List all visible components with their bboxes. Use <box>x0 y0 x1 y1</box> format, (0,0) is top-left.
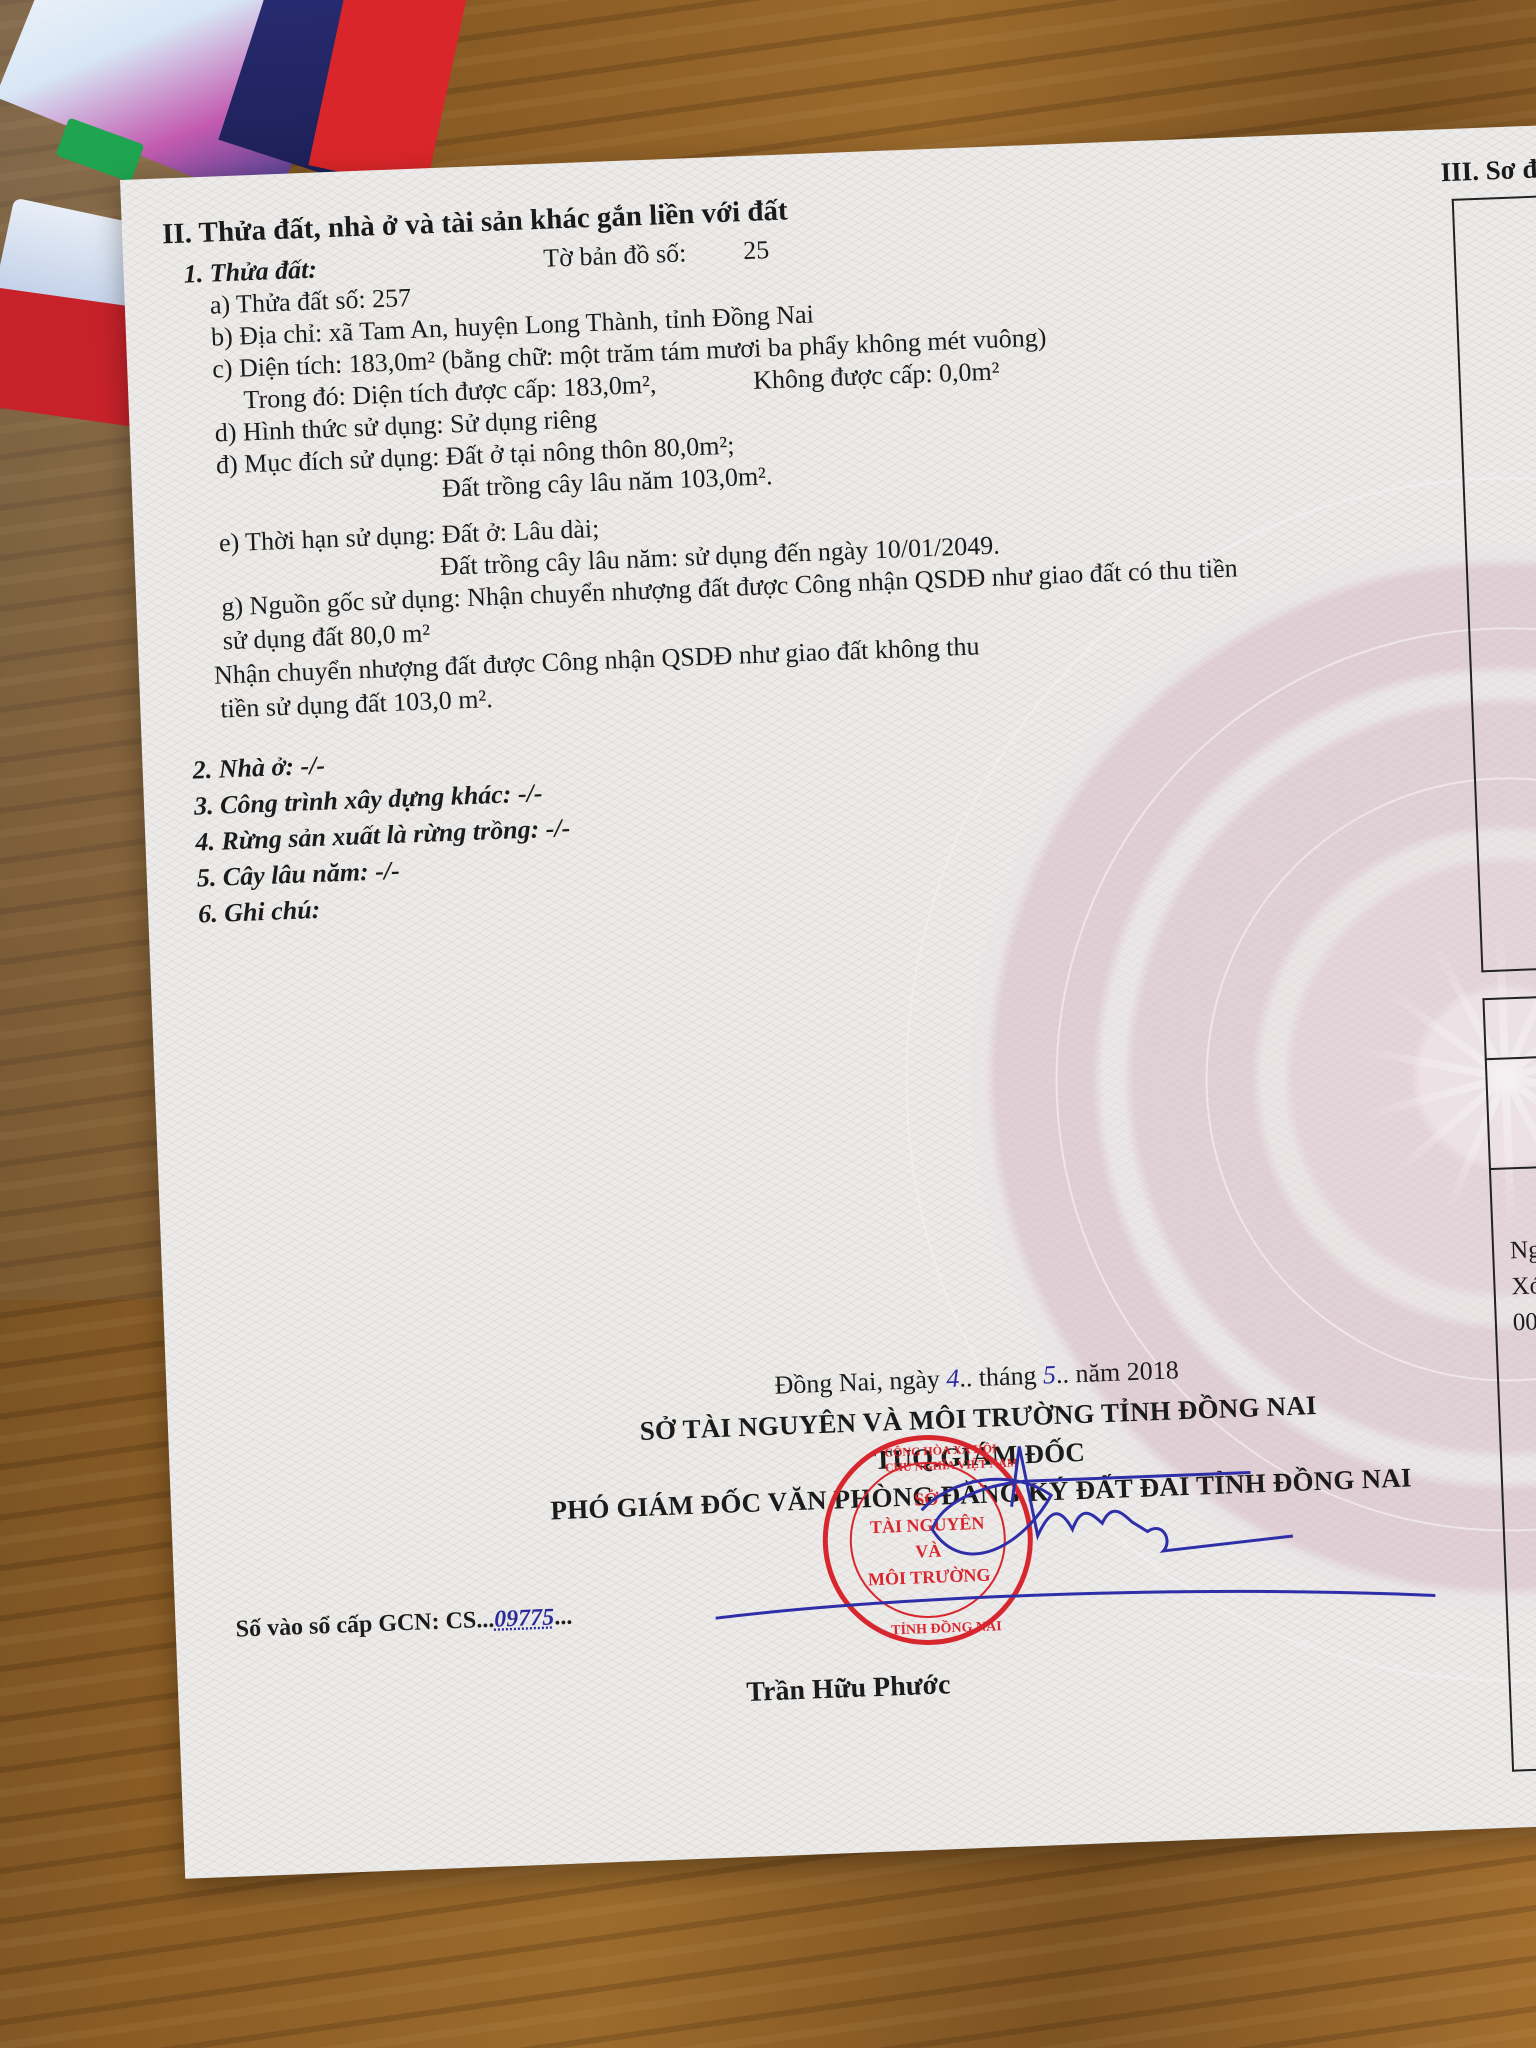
right-panel-text: Ng <box>1510 1236 1536 1265</box>
item-notes: 6. Ghi chú: <box>198 895 321 930</box>
map-sheet-number: 25 <box>743 235 770 266</box>
map-sheet-label: Tờ bản đồ số: <box>543 238 687 273</box>
registry-value: 09775 <box>494 1604 555 1632</box>
section-iii-title: III. Sơ đ <box>1440 154 1536 189</box>
land-plot-heading: 1. Thửa đất: <box>183 255 317 290</box>
item-house: 2. Nhà ở: -/- <box>192 751 325 786</box>
handwritten-signature <box>687 1370 1456 1659</box>
right-panel-text: Xó <box>1511 1272 1536 1301</box>
right-panel-text: 00 <box>1512 1308 1536 1337</box>
land-certificate-page: II. Thửa đất, nhà ở và tài sản khác gắn … <box>120 125 1536 1879</box>
